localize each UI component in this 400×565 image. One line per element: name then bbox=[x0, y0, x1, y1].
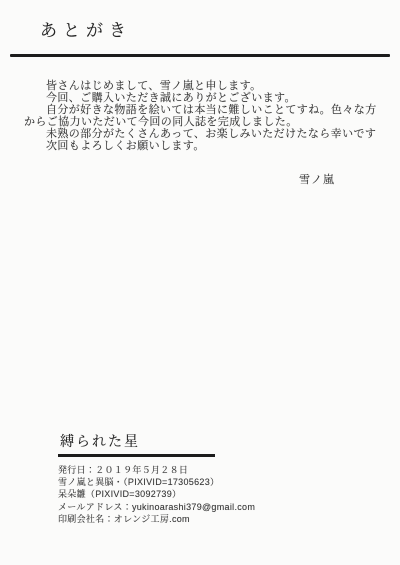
afterword-page: あとがき 皆さんはじめまして、雪ノ嵐と申します。 今回、ご購入いただき誠にありが… bbox=[0, 0, 400, 565]
page-title: あとがき bbox=[40, 16, 132, 41]
afterword-line: 未熟の部分がたくさんあって、お楽しみいただけたなら幸いです bbox=[24, 128, 386, 140]
colophon-details: 発行日：２０１９年５月２８日 雪ノ嵐と異脳・（PIXIVID=17305623）… bbox=[58, 464, 255, 525]
artist-credit: 呆朵雛（PIXIVID=3092739） bbox=[58, 488, 255, 500]
colophon-block: 縛られた星 発行日：２０１９年５月２８日 雪ノ嵐と異脳・（PIXIVID=173… bbox=[58, 431, 255, 525]
print-company: 印刷会社名：オレンジ工房.com bbox=[58, 513, 255, 525]
afterword-line: 皆さんはじめまして、雪ノ嵐と申します。 bbox=[24, 80, 386, 92]
afterword-line: 今回、ご購入いただき誠にありがとございます。 bbox=[24, 92, 386, 104]
author-credit: 雪ノ嵐と異脳・（PIXIVID=17305623） bbox=[58, 476, 255, 488]
afterword-line: 自分が好きな物語を絵いては本当に難しいことてすね。色々な方 bbox=[24, 104, 386, 116]
header-divider bbox=[10, 54, 390, 57]
afterword-line: からご協力いただいて今回の同人誌を完成しました。 bbox=[24, 116, 386, 128]
author-signature: 雪ノ嵐 bbox=[299, 171, 335, 187]
afterword-line: 次回もよろしくお願いします。 bbox=[24, 140, 386, 152]
afterword-text-block: 皆さんはじめまして、雪ノ嵐と申します。 今回、ご購入いただき誠にありがとございま… bbox=[24, 80, 386, 152]
publish-date: 発行日：２０１９年５月２８日 bbox=[58, 464, 255, 476]
book-title: 縛られた星 bbox=[58, 431, 215, 457]
email-address: メールアドレス：yukinoarashi379@gmail.com bbox=[58, 501, 255, 513]
